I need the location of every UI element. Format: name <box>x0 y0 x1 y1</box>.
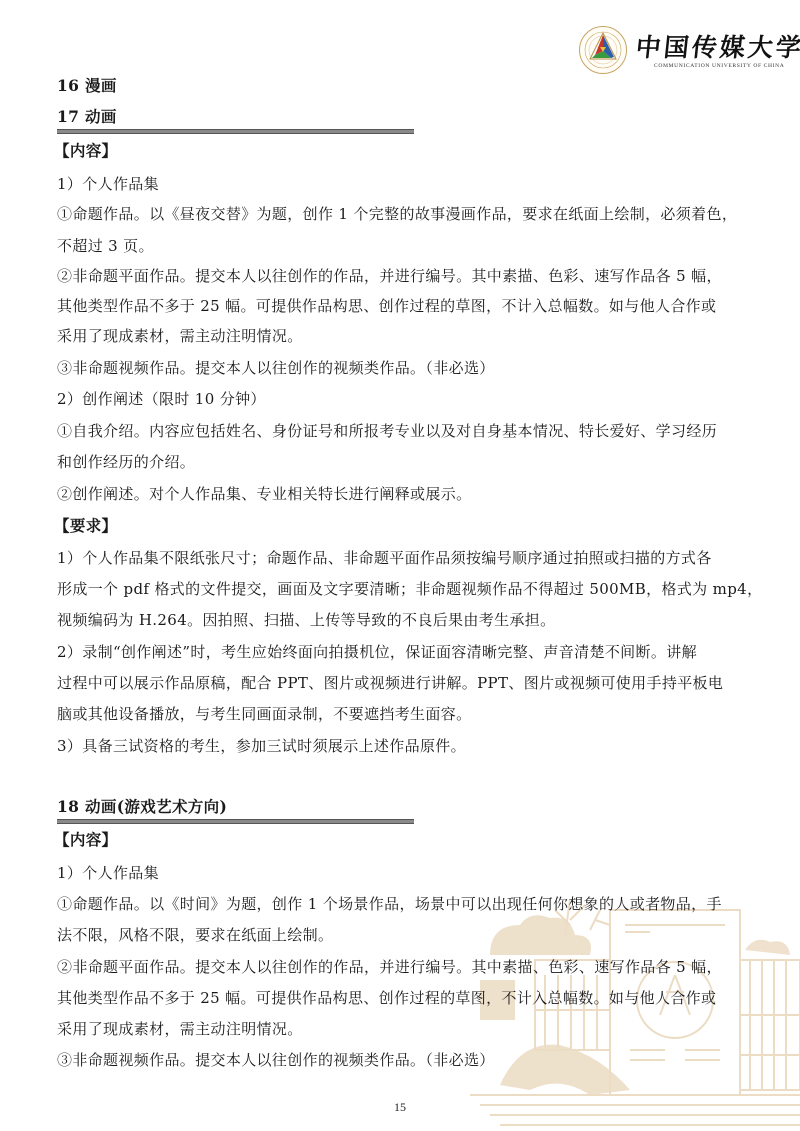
content-line: 不超过 3 页。 <box>57 236 154 256</box>
section-18-content-heading: 【内容】 <box>54 830 117 850</box>
content-line: 其他类型作品不多于 25 幅。可提供作品构思、创作过程的草图，不计入总幅数。如与… <box>57 296 716 316</box>
content-line: 2）创作阐述（限时 10 分钟） <box>57 389 266 409</box>
document-page: 中国传媒大学 COMMUNICATION UNIVERSITY OF CHINA <box>0 0 800 1131</box>
content-line: ①命题作品。以《时间》为题，创作 1 个场景作品，场景中可以出现任何你想象的人或… <box>57 894 722 914</box>
university-emblem-icon <box>578 25 628 75</box>
content-line: ③非命题视频作品。提交本人以往创作的视频类作品。（非必选） <box>57 358 495 378</box>
content-line: ②非命题平面作品。提交本人以往创作的作品，并进行编号。其中素描、色彩、速写作品各… <box>57 266 722 286</box>
requirement-line: 过程中可以展示作品原稿，配合 PPT、图片或视频进行讲解。PPT、图片或视频可使… <box>57 673 723 693</box>
requirement-line: 2）录制“创作阐述”时，考生应始终面向拍摄机位，保证面容清晰完整、声音清楚不间断… <box>57 642 697 662</box>
requirement-line: 3）具备三试资格的考生，参加三试时须展示上述作品原件。 <box>57 736 466 756</box>
content-line: ③非命题视频作品。提交本人以往创作的视频类作品。（非必选） <box>57 1050 495 1070</box>
logo-chinese-name: 中国传媒大学 <box>634 28 800 64</box>
requirement-line: 形成一个 pdf 格式的文件提交，画面及文字要清晰；非命题视频作品不得超过 50… <box>57 579 762 599</box>
content-line: 采用了现成素材，需主动注明情况。 <box>57 1019 303 1039</box>
content-line: ①命题作品。以《昼夜交替》为题，创作 1 个完整的故事漫画作品，要求在纸面上绘制… <box>57 204 737 224</box>
section-17-title-rule <box>57 129 414 134</box>
content-line: ②创作阐述。对个人作品集、专业相关特长进行阐释或展示。 <box>57 484 471 504</box>
content-line: 其他类型作品不多于 25 幅。可提供作品构思、创作过程的草图，不计入总幅数。如与… <box>57 988 716 1008</box>
content-line: 法不限，风格不限，要求在纸面上绘制。 <box>57 925 333 945</box>
section-18-title: 18 动画(游戏艺术方向) <box>57 797 227 817</box>
requirement-line: 视频编码为 H.264。因拍照、扫描、上传等导致的不良后果由考生承担。 <box>57 610 556 630</box>
content-line: 采用了现成素材，需主动注明情况。 <box>57 326 303 346</box>
requirement-line: 1）个人作品集不限纸张尺寸；命题作品、非命题平面作品须按编号顺序通过拍照或扫描的… <box>57 548 712 568</box>
logo-english-name: COMMUNICATION UNIVERSITY OF CHINA <box>654 63 784 69</box>
section-17-title: 17 动画 <box>57 107 117 127</box>
section-18-title-rule <box>57 819 414 824</box>
content-line: 1）个人作品集 <box>57 174 159 194</box>
requirement-line: 脑或其他设备播放，与考生同画面录制，不要遮挡考生面容。 <box>57 704 471 724</box>
section-16-title: 16 漫画 <box>57 76 117 96</box>
section-17-requirements-heading: 【要求】 <box>54 516 117 536</box>
section-17-content-heading: 【内容】 <box>54 141 117 161</box>
content-line: 和创作经历的介绍。 <box>57 452 195 472</box>
university-logo: 中国传媒大学 COMMUNICATION UNIVERSITY OF CHINA <box>578 25 796 75</box>
content-line: ②非命题平面作品。提交本人以往创作的作品，并进行编号。其中素描、色彩、速写作品各… <box>57 957 722 977</box>
content-line: 1）个人作品集 <box>57 863 159 883</box>
page-number: 15 <box>0 1100 800 1115</box>
content-line: ①自我介绍。内容应包括姓名、身份证号和所报考专业以及对自身基本情况、特长爱好、学… <box>57 421 717 441</box>
